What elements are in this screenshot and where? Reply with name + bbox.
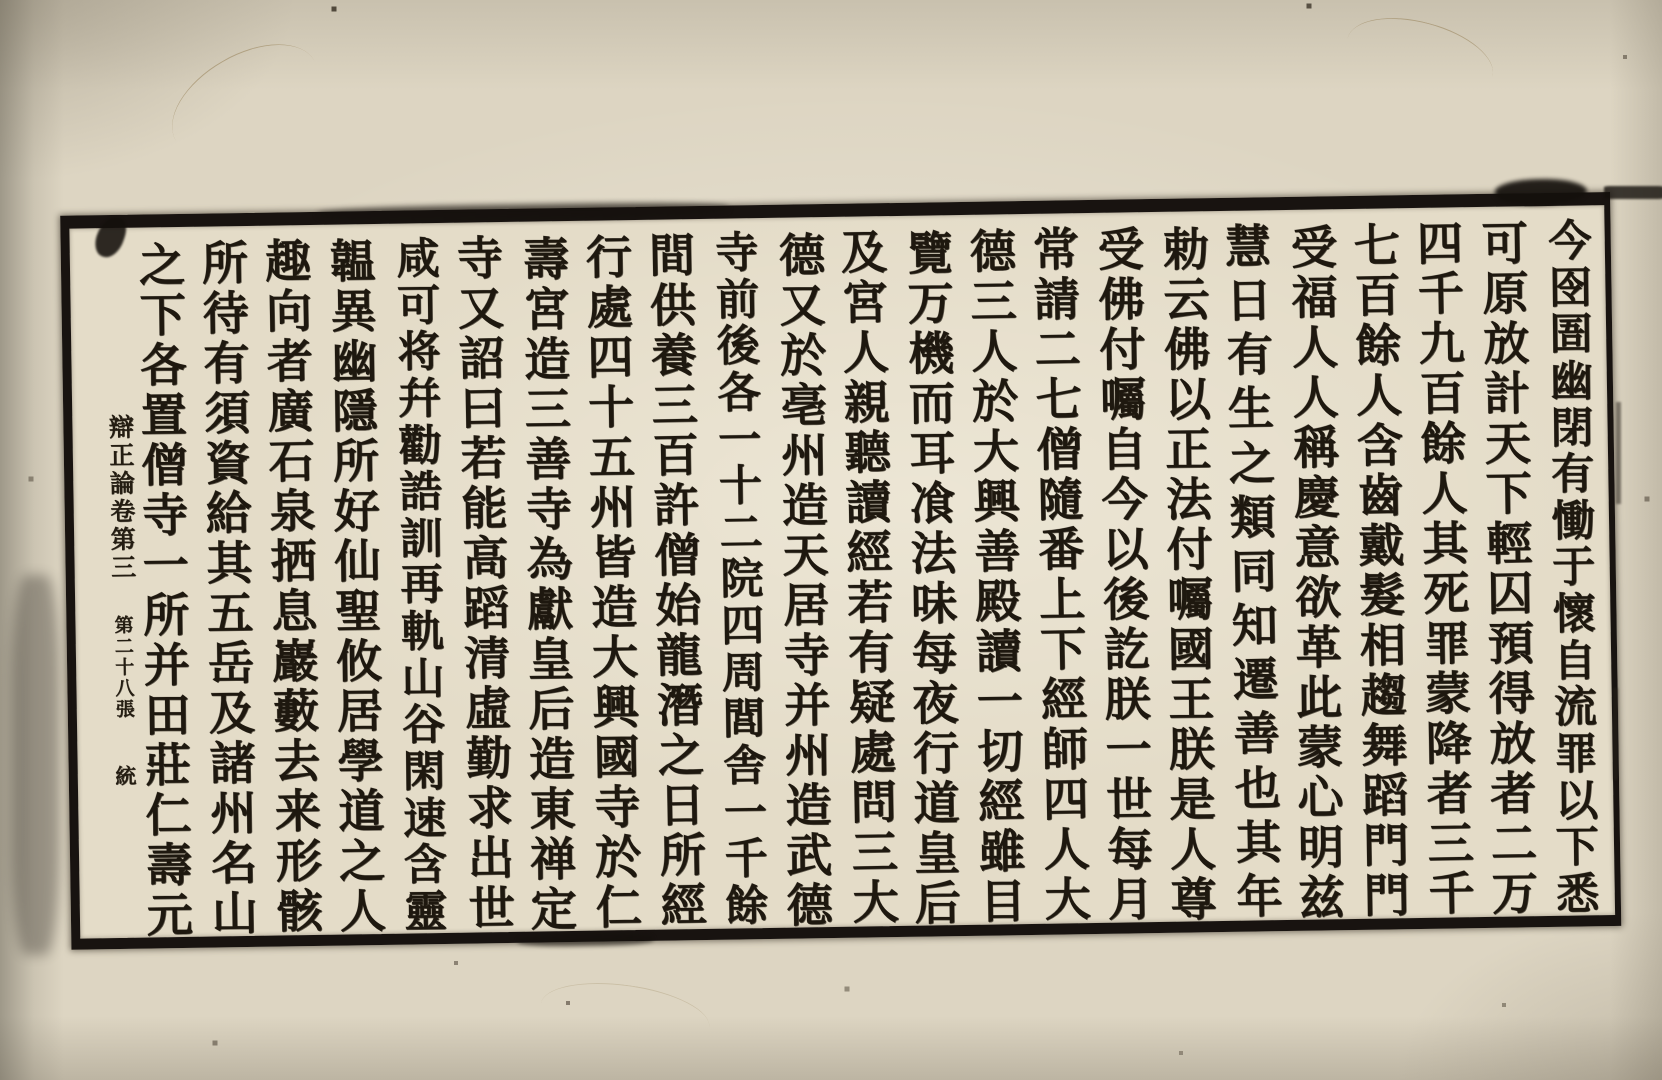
glyph: 師 [1042, 726, 1089, 773]
glyph: 圄 [1549, 314, 1593, 358]
glyph: 僧 [654, 532, 701, 579]
glyph: 慟 [1551, 500, 1595, 544]
glyph: 州 [781, 432, 828, 479]
glyph: 田 [144, 692, 191, 739]
glyph: 請 [1033, 276, 1080, 323]
text-column-6: 慧日有生之類同知遷善也其年 [1220, 223, 1289, 920]
glyph: 覽 [907, 230, 954, 277]
text-column-20: 韞異幽隱所好仙聖攸居學道之人 [325, 238, 392, 935]
glyph: 行 [586, 234, 633, 281]
glyph: 造 [591, 584, 638, 631]
glyph: 相 [1360, 622, 1407, 669]
text-column-3: 四千九百餘人其死罪蒙降者三千 [1412, 220, 1481, 917]
glyph: 一 [142, 542, 189, 589]
glyph: 常 [1033, 226, 1080, 273]
glyph: 受 [1097, 226, 1144, 273]
colophon-title: 辯正論卷第三 [105, 414, 137, 582]
glyph: 蒙 [1425, 670, 1472, 717]
glyph: 每 [1107, 826, 1154, 873]
glyph: 所 [143, 592, 190, 639]
glyph: 又 [779, 282, 826, 329]
glyph: 清 [464, 635, 511, 682]
glyph: 后 [528, 686, 575, 733]
glyph: 含 [403, 844, 447, 888]
glyph: 蒙 [1297, 724, 1344, 771]
glyph: 流 [1554, 687, 1598, 731]
glyph: 國 [593, 734, 640, 781]
glyph: 皇 [528, 636, 575, 683]
glyph: 受 [1291, 224, 1338, 271]
glyph: 處 [850, 729, 897, 776]
glyph: 有 [1551, 454, 1595, 498]
glyph: 石 [268, 438, 315, 485]
glyph: 機 [908, 330, 955, 377]
glyph: 院 [720, 559, 764, 603]
glyph: 於 [972, 378, 1019, 425]
glyph: 計 [1484, 370, 1531, 417]
glyph: 類 [1229, 494, 1276, 541]
glyph: 下 [139, 292, 186, 339]
text-block-frame: 今囹圄幽閉有慟于懷自流罪以下悉可原放計天下輕囚預得放者二万四千九百餘人其死罪蒙降… [60, 192, 1621, 950]
glyph: 将 [397, 331, 441, 375]
glyph: 人 [1292, 324, 1339, 371]
glyph: 三 [970, 278, 1017, 325]
glyph: 之 [658, 732, 705, 779]
glyph: 及 [208, 690, 255, 737]
glyph: 僧 [1036, 426, 1083, 473]
glyph: 今 [1101, 476, 1148, 523]
text-column-5: 受福人人稱慶意欲革此蒙心明兹 [1286, 224, 1350, 921]
glyph: 可 [1481, 220, 1528, 267]
glyph: 此 [1296, 674, 1343, 721]
glyph: 州 [589, 484, 636, 531]
glyph: 并 [784, 682, 831, 729]
glyph: 出 [467, 835, 514, 882]
paper-fiber [1338, 4, 1501, 111]
glyph: 所 [659, 832, 706, 879]
glyph: 人 [1292, 374, 1339, 421]
glyph: 莊 [145, 742, 192, 789]
glyph: 養 [650, 332, 697, 379]
glyph: 福 [1291, 274, 1338, 321]
glyph: 付 [1099, 326, 1146, 373]
glyph: 味 [911, 580, 958, 627]
glyph: 慧 [1225, 223, 1272, 270]
glyph: 經 [978, 778, 1025, 825]
glyph: 經 [660, 882, 707, 929]
glyph: 月 [1107, 876, 1154, 923]
glyph: 佛 [1098, 276, 1145, 323]
glyph: 舞 [1361, 722, 1408, 769]
glyph: 親 [843, 379, 890, 426]
glyph: 隱 [332, 388, 379, 435]
glyph: 須 [204, 390, 251, 437]
glyph: 前 [716, 279, 760, 323]
glyph: 一 [724, 792, 768, 836]
glyph: 下 [1555, 827, 1599, 871]
glyph: 耳 [909, 430, 956, 477]
glyph: 来 [275, 788, 322, 835]
glyph: 是 [1169, 776, 1216, 823]
glyph: 處 [586, 284, 633, 331]
glyph: 巖 [272, 638, 319, 685]
glyph: 仁 [596, 884, 643, 931]
glyph: 下 [1040, 626, 1087, 673]
glyph: 可 [397, 285, 441, 329]
glyph: 百 [652, 432, 699, 479]
glyph: 切 [977, 728, 1024, 775]
glyph: 輕 [1486, 520, 1533, 567]
glyph: 囹 [1549, 267, 1593, 311]
glyph: 預 [1488, 620, 1535, 667]
glyph: 佛 [1164, 326, 1211, 373]
paper-fiber [153, 21, 337, 180]
glyph: 人 [340, 888, 387, 935]
glyph: 世 [1106, 776, 1153, 823]
glyph: 許 [653, 482, 700, 529]
glyph: 囑 [1100, 376, 1147, 423]
glyph: 於 [595, 834, 642, 881]
glyph: 亳 [781, 382, 828, 429]
glyph: 人 [1421, 470, 1468, 517]
glyph: 山 [401, 658, 445, 702]
glyph: 夜 [912, 680, 959, 727]
glyph: 廣 [267, 388, 314, 435]
glyph: 三 [651, 382, 698, 429]
glyph: 聽 [844, 429, 891, 476]
glyph: 者 [266, 338, 313, 385]
glyph: 于 [1552, 547, 1596, 591]
glyph: 戴 [1358, 522, 1405, 569]
glyph: 大 [852, 879, 899, 926]
glyph: 門 [1363, 872, 1410, 919]
glyph: 四 [587, 334, 634, 381]
text-column-4: 七百餘人含齒戴髮相趨舞蹈門門 [1348, 222, 1415, 919]
glyph: 詔 [458, 335, 505, 382]
glyph: 造 [782, 482, 829, 529]
text-column-23: 之下各置僧寺一所并田莊仁壽元 [134, 242, 198, 939]
glyph: 周 [721, 652, 765, 696]
glyph: 山 [212, 890, 259, 937]
glyph: 以 [1164, 376, 1211, 423]
glyph: 万 [1491, 870, 1538, 917]
glyph: 若 [460, 435, 507, 482]
glyph: 又 [458, 285, 505, 332]
glyph: 悉 [1556, 873, 1600, 917]
glyph: 幽 [331, 338, 378, 385]
glyph: 兹 [1298, 874, 1345, 921]
glyph: 三 [1427, 820, 1474, 867]
glyph: 聖 [335, 588, 382, 635]
glyph: 下 [1485, 470, 1532, 517]
glyph: 誥 [399, 471, 443, 515]
text-column-12: 及宮人親聽讀經若有疑處問三大 [836, 229, 905, 926]
glyph: 泉 [269, 488, 316, 535]
glyph: 目 [979, 878, 1026, 925]
glyph: 名 [211, 840, 258, 887]
glyph: 善 [974, 528, 1021, 575]
glyph: 後 [1103, 576, 1150, 623]
glyph: 二 [1491, 820, 1538, 867]
glyph: 十 [588, 384, 635, 431]
glyph: 大 [1044, 876, 1091, 923]
glyph: 僧 [141, 442, 188, 489]
glyph: 大 [592, 634, 639, 681]
glyph: 道 [338, 788, 385, 835]
glyph: 四 [721, 605, 765, 649]
glyph: 寺 [783, 632, 830, 679]
glyph: 壽 [146, 842, 193, 889]
glyph: 藪 [273, 688, 320, 735]
glyph: 學 [337, 738, 384, 785]
glyph: 革 [1295, 624, 1342, 671]
glyph: 讀 [976, 628, 1023, 675]
glyph: 三 [851, 829, 898, 876]
colophon-sheet-number: 第二十八張 [111, 615, 135, 720]
glyph: 天 [782, 532, 829, 579]
glyph: 門 [1363, 822, 1410, 869]
glyph: 武 [786, 832, 833, 879]
colophon-case-mark: 統 [113, 765, 138, 786]
glyph: 始 [655, 582, 702, 629]
glyph: 疑 [849, 679, 896, 726]
text-column-22: 所待有須資給其五岳及諸州名山 [197, 240, 264, 937]
glyph: 欲 [1295, 574, 1342, 621]
glyph: 髮 [1359, 572, 1406, 619]
glyph: 千 [1428, 870, 1475, 917]
glyph: 趨 [1360, 672, 1407, 719]
glyph: 給 [205, 490, 252, 537]
glyph: 生 [1227, 386, 1274, 433]
glyph: 勸 [399, 425, 443, 469]
glyph: 死 [1423, 570, 1470, 617]
glyph: 明 [1298, 824, 1345, 871]
glyph: 供 [650, 282, 697, 329]
scanned-page-photo: 今囹圄幽閉有慟于懷自流罪以下悉可原放計天下輕囚預得放者二万四千九百餘人其死罪蒙降… [0, 0, 1662, 1080]
glyph: 蹈 [1362, 772, 1409, 819]
paper-specks [0, 0, 2, 2]
glyph: 人 [1356, 372, 1403, 419]
glyph: 善 [1233, 710, 1280, 757]
glyph: 幷 [398, 378, 442, 422]
glyph: 含 [1357, 422, 1404, 469]
text-column-15: 間供養三百許僧始龍潛之日所經 [644, 232, 713, 929]
glyph: 付 [1166, 526, 1213, 573]
glyph: 勅 [1163, 226, 1210, 273]
glyph: 殿 [975, 578, 1022, 625]
glyph: 各 [717, 372, 761, 416]
glyph: 造 [529, 736, 576, 783]
glyph: 其 [206, 540, 253, 587]
glyph: 人 [842, 329, 889, 376]
glyph: 州 [210, 790, 257, 837]
glyph: 諸 [209, 740, 256, 787]
glyph: 人 [1170, 826, 1217, 873]
glyph: 東 [529, 786, 576, 833]
glyph: 餘 [1355, 322, 1402, 369]
glyph: 并 [144, 642, 191, 689]
glyph: 遷 [1232, 656, 1279, 703]
glyph: 原 [1482, 270, 1529, 317]
glyph: 仁 [145, 792, 192, 839]
glyph: 宮 [523, 286, 570, 333]
glyph: 尊 [1170, 876, 1217, 923]
glyph: 異 [330, 288, 377, 335]
glyph: 自 [1553, 640, 1597, 684]
glyph: 寺 [715, 232, 759, 276]
glyph: 興 [592, 684, 639, 731]
glyph: 形 [275, 838, 322, 885]
glyph: 州 [785, 732, 832, 779]
glyph: 以 [1102, 526, 1149, 573]
glyph: 軌 [401, 611, 445, 655]
glyph: 曰 [459, 385, 506, 432]
glyph: 好 [333, 488, 380, 535]
glyph: 千 [724, 838, 768, 882]
glyph: 餘 [1420, 420, 1467, 467]
glyph: 寺 [142, 492, 189, 539]
glyph: 後 [716, 325, 760, 369]
glyph: 四 [1042, 776, 1089, 823]
glyph: 罪 [1554, 733, 1598, 777]
glyph: 所 [202, 240, 249, 287]
glyph: 拪 [270, 538, 317, 585]
glyph: 去 [274, 738, 321, 785]
glyph: 求 [467, 785, 514, 832]
text-column-21: 趣向者廣石泉拪息巖藪去来形骸 [260, 238, 329, 935]
glyph: 造 [524, 336, 571, 383]
glyph: 者 [1490, 770, 1537, 817]
glyph: 骸 [276, 888, 323, 935]
glyph: 日 [658, 782, 705, 829]
glyph: 待 [202, 290, 249, 337]
glyph: 放 [1483, 320, 1530, 367]
glyph: 經 [1041, 676, 1088, 723]
glyph: 懷 [1553, 593, 1597, 637]
glyph: 九 [1418, 320, 1465, 367]
ink-smudge [1604, 186, 1662, 199]
text-column-10: 德三人於大興善殿讀一切經雖目 [964, 228, 1031, 925]
text-column-2: 可原放計天下輕囚預得放者二万 [1476, 220, 1543, 917]
glyph: 朕 [1169, 726, 1216, 773]
glyph: 行 [913, 730, 960, 777]
glyph: 番 [1038, 526, 1085, 573]
text-columns: 今囹圄幽閉有慟于懷自流罪以下悉可原放計天下輕囚預得放者二万四千九百餘人其死罪蒙降… [133, 219, 1608, 941]
text-column-11: 覽万機而耳飡法味每夜行道皇后 [902, 230, 966, 927]
glyph: 百 [1419, 370, 1466, 417]
glyph: 置 [141, 392, 188, 439]
glyph: 今 [1548, 220, 1592, 264]
glyph: 二 [719, 512, 763, 556]
glyph: 經 [846, 529, 893, 576]
glyph: 意 [1294, 524, 1341, 571]
glyph: 以 [1555, 780, 1599, 824]
glyph: 人 [971, 328, 1018, 375]
glyph: 居 [783, 582, 830, 629]
glyph: 百 [1354, 272, 1401, 319]
glyph: 於 [780, 332, 827, 379]
glyph: 谷 [402, 704, 446, 748]
glyph: 壽 [523, 236, 570, 283]
glyph: 及 [841, 229, 888, 276]
glyph: 息 [271, 588, 318, 635]
glyph: 各 [140, 342, 187, 389]
glyph: 資 [205, 440, 252, 487]
glyph: 之 [339, 838, 386, 885]
glyph: 閉 [1550, 407, 1594, 451]
glyph: 為 [526, 536, 573, 583]
glyph: 善 [525, 436, 572, 483]
glyph: 雖 [979, 828, 1026, 875]
glyph: 自 [1101, 426, 1148, 473]
glyph: 高 [462, 535, 509, 582]
text-column-16: 行處四十五州皆造大興國寺於仁 [581, 234, 648, 931]
glyph: 其 [1422, 520, 1469, 567]
edge-smudge [12, 575, 60, 955]
glyph: 王 [1168, 676, 1215, 723]
glyph: 囑 [1167, 576, 1214, 623]
glyph: 七 [1353, 222, 1400, 269]
glyph: 岳 [208, 640, 255, 687]
glyph: 靈 [404, 891, 448, 935]
glyph: 寺 [594, 784, 641, 831]
glyph: 朕 [1104, 676, 1151, 723]
glyph: 隨 [1037, 476, 1084, 523]
glyph: 后 [914, 880, 961, 927]
glyph: 七 [1035, 376, 1082, 423]
glyph: 仙 [334, 538, 381, 585]
glyph: 五 [207, 590, 254, 637]
glyph: 趣 [265, 238, 312, 285]
glyph: 德 [779, 232, 826, 279]
glyph: 國 [1167, 626, 1214, 673]
glyph: 舎 [723, 745, 767, 789]
glyph: 而 [909, 380, 956, 427]
text-column-14: 寺前後各一十二院四周閭舎一千餘 [709, 232, 776, 929]
glyph: 餘 [725, 885, 769, 929]
glyph: 大 [973, 428, 1020, 475]
text-column-13: 德又於亳州造天居寺并州造武德 [774, 232, 838, 929]
text-column-19: 咸可将幷勸誥訓再軌山谷閑速含靈 [390, 238, 454, 935]
paper-fiber [537, 973, 714, 1057]
glyph: 有 [1226, 331, 1273, 378]
glyph: 韞 [330, 238, 377, 285]
glyph: 龍 [656, 632, 703, 679]
glyph: 一 [976, 678, 1023, 725]
glyph: 天 [1485, 420, 1532, 467]
glyph: 閑 [402, 751, 446, 795]
glyph: 者 [1426, 770, 1473, 817]
glyph: 千 [1417, 270, 1464, 317]
ink-smudge [518, 933, 653, 947]
glyph: 五 [589, 434, 636, 481]
glyph: 德 [969, 228, 1016, 275]
glyph: 所 [333, 438, 380, 485]
glyph: 年 [1236, 873, 1283, 920]
glyph: 慶 [1294, 474, 1341, 521]
glyph: 虛 [465, 685, 512, 732]
glyph: 定 [530, 886, 577, 933]
glyph: 德 [786, 882, 833, 929]
glyph: 三 [525, 386, 572, 433]
glyph: 向 [266, 288, 313, 335]
glyph: 囚 [1487, 570, 1534, 617]
glyph: 罪 [1424, 620, 1471, 667]
glyph: 人 [1043, 826, 1090, 873]
glyph: 云 [1163, 276, 1210, 323]
glyph: 攸 [336, 638, 383, 685]
margin-colophon: 辯正論卷第三 第二十八張 統 [96, 414, 138, 787]
